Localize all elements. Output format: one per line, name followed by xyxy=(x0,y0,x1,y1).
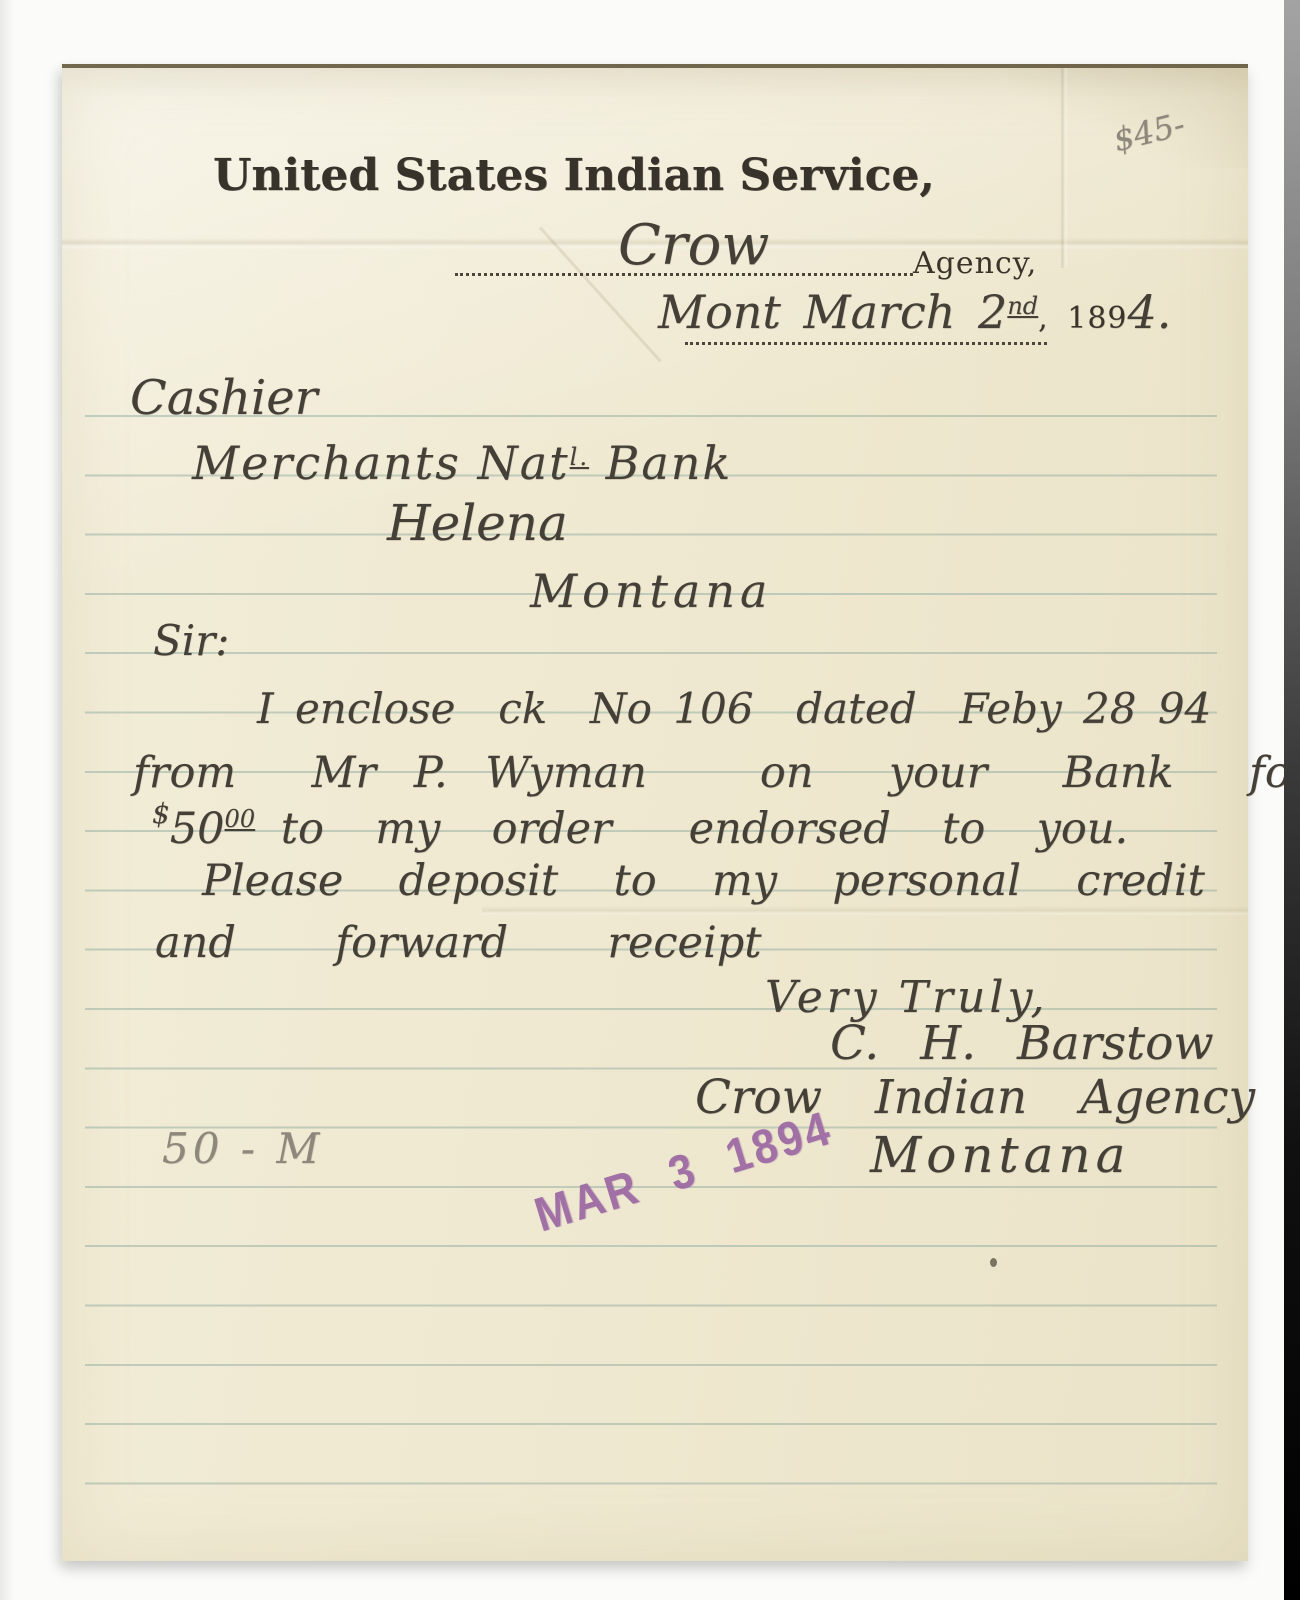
letterhead-title: United States Indian Service, xyxy=(213,150,933,201)
scan-left-edge xyxy=(0,0,14,1600)
scanned-letter: United States Indian Service, Crow Agenc… xyxy=(0,0,1300,1600)
date-script: Mont March 2 xyxy=(658,285,1007,339)
scan-right-edge xyxy=(1284,0,1300,1600)
signature: C. H. Barstow xyxy=(830,1020,1214,1067)
body-line-2: from Mr P. Wyman on your Bank for xyxy=(133,752,1300,795)
amount-dollars: 50 xyxy=(170,804,225,854)
date-year-digit: 4. xyxy=(1128,285,1172,339)
body-line-5: and forward receipt xyxy=(155,922,762,965)
recipient-city: Helena xyxy=(387,498,568,548)
body-line-3: $5000 to my order endorsed to you. xyxy=(152,800,1128,851)
salutation: Sir: xyxy=(153,620,229,662)
recipient-bank: Merchants Natl. Bank xyxy=(192,440,732,486)
letter-paper: United States Indian Service, Crow Agenc… xyxy=(62,64,1248,1561)
amount-cents-superscript: 00 xyxy=(225,805,256,833)
body-line-1: I enclose ck No 106 dated Feby 28 94 xyxy=(257,688,1211,730)
recipient-title: Cashier xyxy=(130,374,318,422)
signature-state: Montana xyxy=(870,1130,1130,1180)
date-ordinal-superscript: nd xyxy=(1007,292,1038,320)
bank-name-rest: Bank xyxy=(589,436,732,490)
date-line: Mont March 2nd, 1894. xyxy=(658,289,1171,335)
agency-printed-label: Agency, xyxy=(913,246,1037,281)
closing-valediction: Very Truly, xyxy=(765,976,1048,1020)
recipient-state: Montana xyxy=(530,568,772,614)
amount-dollar-sign: $ xyxy=(152,797,170,830)
date-printed-year-prefix: , 189 xyxy=(1038,301,1127,336)
fold-crease-middle xyxy=(482,906,1248,916)
ink-speck xyxy=(990,1258,997,1267)
bank-superscript: l. xyxy=(570,443,589,471)
body-line-3-rest: to my order endorsed to you. xyxy=(255,804,1128,854)
bank-name: Merchants Nat xyxy=(192,436,570,490)
pencil-file-note: 50 - M xyxy=(162,1128,323,1170)
body-line-4: Please deposit to my personal credit xyxy=(202,860,1205,903)
agency-name-handwritten: Crow xyxy=(618,218,769,274)
